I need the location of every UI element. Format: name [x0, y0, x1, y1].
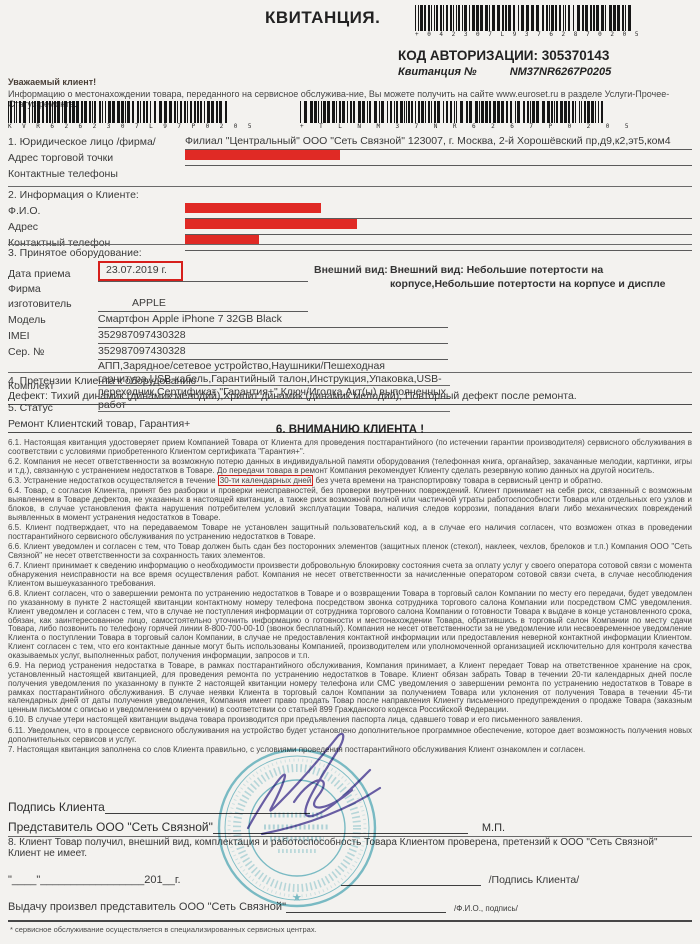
clause-6-3-pre: 6.3. Устранение недостатков осуществляет…	[8, 476, 218, 485]
manufacturer-row: Фирма изготовитель APPLE	[8, 282, 308, 312]
clause-6-3-post: без учета времени на транспортировку тов…	[313, 476, 603, 485]
barcode-caption: +042307L93762870205	[415, 31, 667, 38]
clause-6-7: 6.7. Клиент принимает к сведению информа…	[8, 562, 692, 588]
equipment-heading: 3. Принятое оборудование:	[8, 245, 692, 261]
serial-label: Сер. №	[8, 345, 98, 360]
barcode-caption: KVR6262307L97P0205	[8, 123, 270, 130]
client-info-heading: 2. Информация о Клиенте:	[8, 187, 692, 203]
clause-6-1: 6.1. Настоящая квитанция удостоверяет пр…	[8, 439, 692, 457]
client-signature-label: Подпись Клиента	[8, 800, 105, 814]
imei-label: IMEI	[8, 329, 98, 344]
greeting: Уважаемый клиент!	[8, 77, 96, 87]
receipt-document: КВИТАНЦИЯ. +042307L93762870205 КОД АВТОР…	[0, 0, 700, 944]
model-label: Модель	[8, 313, 98, 328]
page-title: КВИТАНЦИЯ.	[265, 8, 380, 28]
section-attention: 6. ВНИМАНИЮ КЛИЕНТА ! 6.1. Настоящая кви…	[8, 423, 692, 756]
right-barcode: +TLNM37NR6267P0205	[300, 101, 662, 130]
accept-date-row: Дата приема 23.07.2019 г.	[8, 261, 308, 282]
client-name-row: Ф.И.О.	[8, 203, 692, 219]
clause-6-4: 6.4. Товар, с согласия Клиента, принят б…	[8, 487, 692, 522]
section-legal-entity: 1. Юридическое лицо /фирма/ Филиал "Цент…	[8, 134, 692, 182]
store-address-row: Адрес торговой точки	[8, 150, 692, 166]
clause-6-9: 6.9. На период устранения недостатка в Т…	[8, 662, 692, 715]
status-heading: 5. Статус	[8, 400, 692, 416]
barcode-bars-icon	[300, 101, 662, 123]
receipt-number-row: Квитанция № NM37NR6267P0205	[398, 66, 611, 78]
accept-date-label: Дата приема	[8, 267, 98, 282]
handwritten-signature	[232, 728, 392, 848]
serial-row: Сер. № 352987097430328	[8, 344, 448, 360]
client-address-label: Адрес	[8, 220, 185, 235]
clause-6-8: 6.8. Клиент согласен, что о завершении р…	[8, 590, 692, 660]
stamp-place-label: М.П.	[482, 822, 505, 834]
imei-row: IMEI 352987097430328	[8, 328, 448, 344]
model-value: Смартфон Apple iPhone 7 32GB Black	[98, 312, 448, 328]
legal-entity-row: 1. Юридическое лицо /фирма/ Филиал "Цент…	[8, 134, 692, 150]
manufacturer-value: APPLE	[98, 296, 308, 312]
client-address-row: Адрес	[8, 219, 692, 235]
clause-6-10: 6.10. В случае утери настоящей квитанции…	[8, 716, 692, 725]
barcode-bars-icon	[415, 5, 667, 31]
barcode-bars-icon	[8, 101, 270, 123]
store-phones-label: Контактные телефоны	[8, 167, 185, 182]
legal-entity-value: Филиал "Центральный" ООО "Сеть Связной" …	[185, 134, 692, 150]
stamp-star-icon: ★	[292, 892, 302, 904]
imei-value: 352987097430328	[98, 328, 448, 344]
appearance-block: Внешний вид: Внешний вид: Небольшие поте…	[314, 263, 698, 291]
redaction-bar	[185, 150, 340, 160]
highlighted-term: 30-ти календарных дней	[218, 475, 314, 486]
fio-sign-caption: /Ф.И.О., подпись/	[454, 904, 518, 913]
authorization-code: КОД АВТОРИЗАЦИИ: 305370143	[398, 48, 611, 63]
serial-value: 352987097430328	[98, 344, 448, 360]
model-row: Модель Смартфон Apple iPhone 7 32GB Blac…	[8, 312, 448, 328]
store-phones-row: Контактные телефоны	[8, 166, 692, 182]
date-blank: "____"_________________201__г.	[8, 874, 181, 886]
claims-heading: 4. Претензии Клиента к оборудованию	[8, 373, 692, 389]
client-name-label: Ф.И.О.	[8, 204, 185, 219]
appearance-value: Внешний вид: Небольшие потертости на кор…	[390, 263, 698, 291]
receipt-number-label: Квитанция №	[398, 66, 477, 78]
legal-entity-label: 1. Юридическое лицо /фирма/	[8, 135, 185, 150]
representative-label: Представитель ООО "Сеть Связной"	[8, 820, 213, 834]
left-barcode: KVR6262307L97P0205	[8, 101, 270, 130]
barcode-caption: +TLNM37NR6267P0205	[300, 123, 662, 130]
client-sign-caption: /Подпись Клиента/	[489, 874, 580, 886]
authorization-block: КОД АВТОРИЗАЦИИ: 305370143 Квитанция № N…	[398, 48, 611, 78]
footnote: * сервисное обслуживание осуществляется …	[10, 925, 317, 934]
section-client-info: 2. Информация о Клиенте: Ф.И.О. Адрес Ко…	[8, 186, 692, 251]
clause-6-6: 6.6. Клиент уведомлен и согласен с тем, …	[8, 543, 692, 561]
clause-6-2: 6.2. Компания не несет ответственности з…	[8, 458, 692, 476]
store-address-label: Адрес торговой точки	[8, 151, 185, 166]
appearance-label: Внешний вид:	[314, 263, 390, 291]
redaction-bar	[185, 203, 321, 213]
attention-heading: 6. ВНИМАНИЮ КЛИЕНТА !	[8, 424, 692, 436]
accept-date-value: 23.07.2019 г.	[98, 261, 183, 281]
top-barcode: +042307L93762870205	[415, 5, 667, 38]
redaction-bar	[185, 219, 357, 229]
receipt-number-value: NM37NR6267P0205	[510, 66, 612, 78]
manufacturer-label: Фирма изготовитель	[8, 282, 98, 312]
clause-6-5: 6.5. Клиент подтверждает, что на передав…	[8, 524, 692, 542]
footer-divider	[8, 920, 692, 922]
clause-6-3: 6.3. Устранение недостатков осуществляет…	[8, 477, 692, 486]
